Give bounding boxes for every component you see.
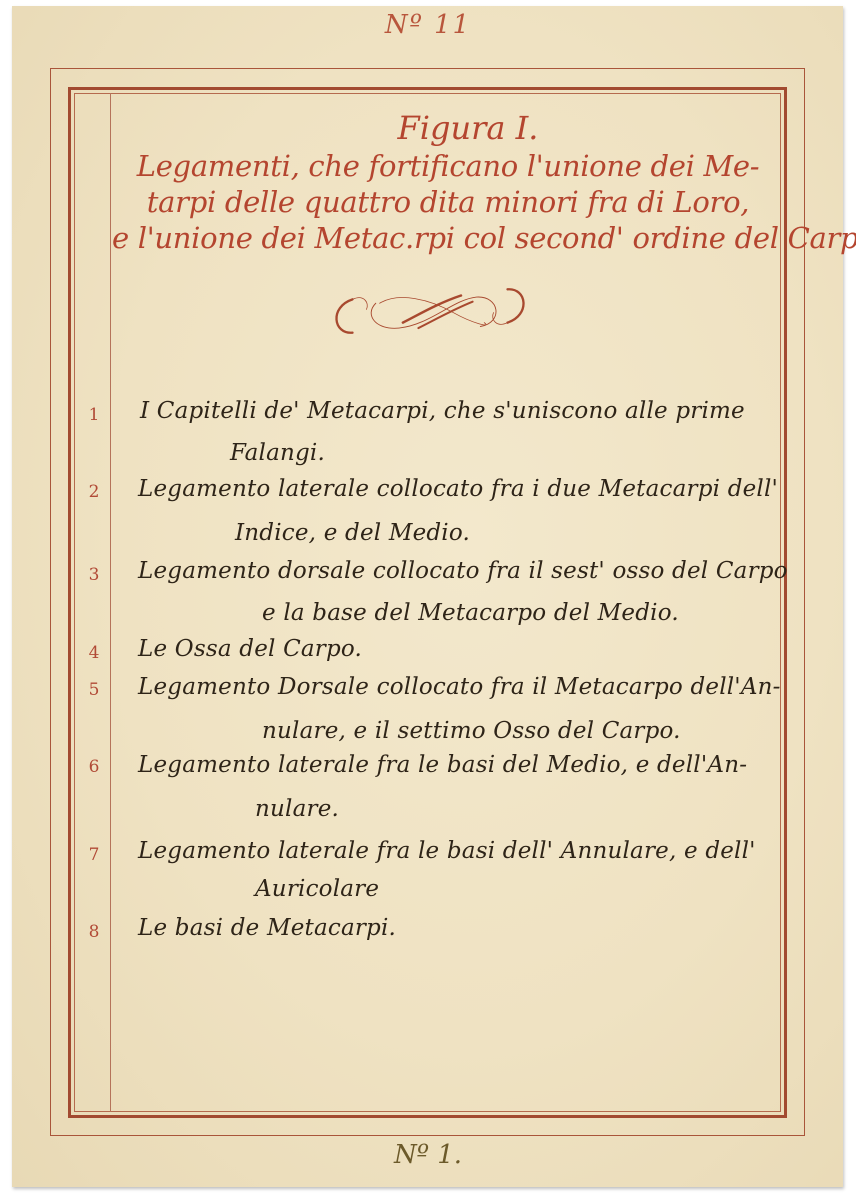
- entry-text-continuation: Auricolare: [255, 876, 379, 902]
- entry-number: 7: [84, 845, 104, 865]
- entry-text-continuation: nulare, e il settimo Osso del Carpo.: [262, 718, 681, 744]
- entry-number: 5: [84, 680, 104, 700]
- entry-text-continuation: Indice, e del Medio.: [235, 520, 470, 546]
- entry-text: Legamento laterale fra le basi dell' Ann…: [138, 838, 756, 864]
- entry-text-continuation: e la base del Metacarpo del Medio.: [262, 600, 679, 626]
- entry-number: 6: [84, 757, 104, 777]
- entry-text: Le basi de Metacarpi.: [138, 915, 396, 941]
- legend-entries: 1 I Capitelli de' Metacarpi, che s'unisc…: [0, 0, 856, 1200]
- entry-text: Legamento laterale collocato fra i due M…: [138, 476, 778, 502]
- entry-text: Legamento dorsale collocato fra il sest'…: [138, 558, 788, 584]
- footer-mark: Nº 1.: [0, 1140, 856, 1170]
- entry-text-continuation: Falangi.: [230, 440, 325, 466]
- entry-text: Legamento laterale fra le basi del Medio…: [138, 752, 747, 778]
- entry-number: 2: [84, 482, 104, 502]
- entry-text-continuation: nulare.: [255, 796, 339, 822]
- entry-number: 4: [84, 643, 104, 663]
- entry-number: 1: [84, 405, 104, 425]
- entry-text: Legamento Dorsale collocato fra il Metac…: [138, 674, 781, 700]
- entry-number: 8: [84, 922, 104, 942]
- entry-number: 3: [84, 565, 104, 585]
- entry-text: I Capitelli de' Metacarpi, che s'uniscon…: [140, 398, 745, 424]
- entry-text: Le Ossa del Carpo.: [138, 636, 362, 662]
